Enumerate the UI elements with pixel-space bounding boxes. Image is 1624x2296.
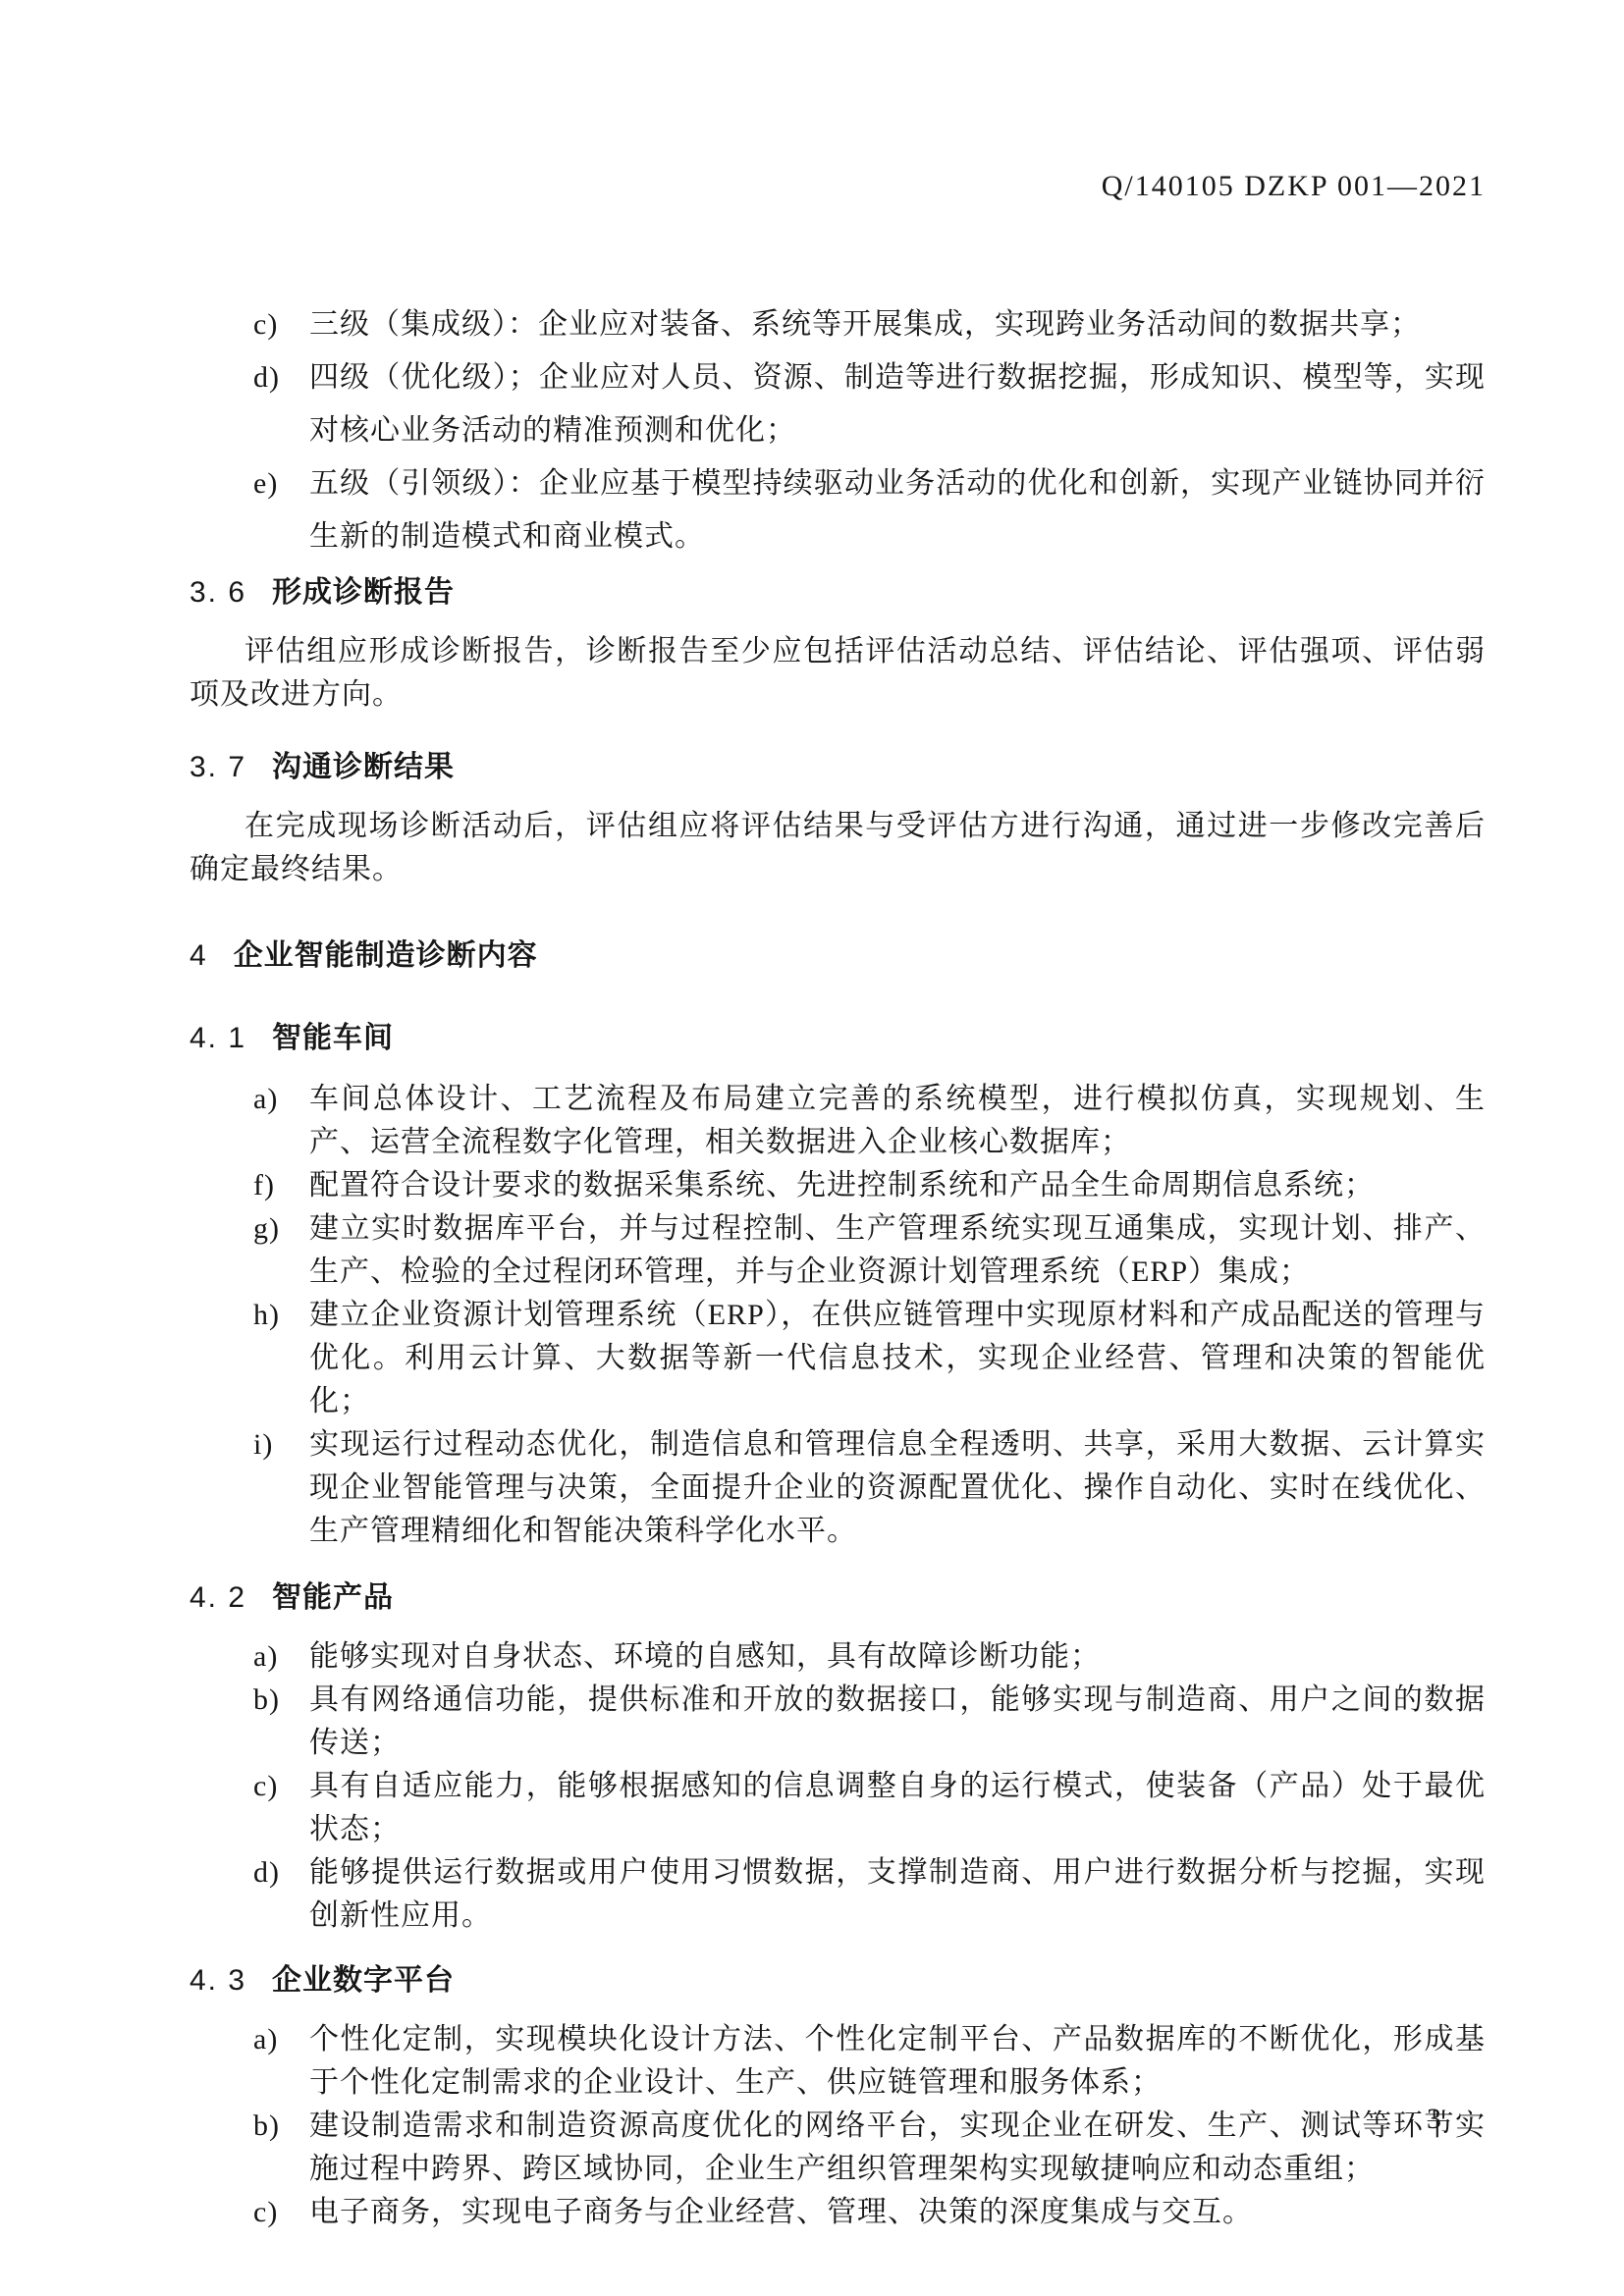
- list-item-text: 实现运行过程动态优化，制造信息和管理信息全程透明、共享，采用大数据、云计算实现企…: [309, 1423, 1486, 1553]
- list-item-marker: a): [253, 1078, 309, 1121]
- list-item-text: 能够提供运行数据或用户使用习惯数据，支撑制造商、用户进行数据分析与挖掘，实现创新…: [309, 1851, 1486, 1938]
- list-item-text: 建立实时数据库平台，并与过程控制、生产管理系统实现互通集成，实现计划、排产、生产…: [309, 1207, 1486, 1294]
- list-item-marker: h): [253, 1294, 309, 1337]
- document-page: Q/140105 DZKP 001—2021 c) 三级（集成级）：企业应对装备…: [0, 0, 1624, 2296]
- page-number: 3: [1427, 2103, 1442, 2136]
- section-number: 3. 6: [189, 576, 246, 609]
- list-item-marker: a): [253, 1635, 309, 1679]
- list-item-marker: d): [253, 351, 309, 404]
- list-item: a) 车间总体设计、工艺流程及布局建立完善的系统模型，进行模拟仿真，实现规划、生…: [189, 1078, 1486, 1164]
- section-heading-3-7: 3. 7沟通诊断结果: [189, 746, 1486, 789]
- section-number: 4. 1: [189, 1022, 246, 1054]
- list-item-text: 能够实现对自身状态、环境的自感知，具有故障诊断功能；: [309, 1635, 1486, 1679]
- list-item: c) 电子商务，实现电子商务与企业经营、管理、决策的深度集成与交互。: [189, 2191, 1486, 2234]
- list-item: c) 三级（集成级）：企业应对装备、系统等开展集成，实现跨业务活动间的数据共享；: [189, 298, 1486, 351]
- list-item: b) 建设制造需求和制造资源高度优化的网络平台，实现企业在研发、生产、测试等环节…: [189, 2105, 1486, 2191]
- section-heading-3-6: 3. 6形成诊断报告: [189, 571, 1486, 614]
- section-heading-4-1: 4. 1智能车间: [189, 1017, 1486, 1060]
- list-item-marker: f): [253, 1164, 309, 1207]
- section-4-3-list: a) 个性化定制，实现模块化设计方法、个性化定制平台、产品数据库的不断优化，形成…: [189, 2018, 1486, 2234]
- list-item: b) 具有网络通信功能，提供标准和开放的数据接口，能够实现与制造商、用户之间的数…: [189, 1679, 1486, 1765]
- list-item-text: 个性化定制，实现模块化设计方法、个性化定制平台、产品数据库的不断优化，形成基于个…: [309, 2018, 1486, 2105]
- list-item-text: 三级（集成级）：企业应对装备、系统等开展集成，实现跨业务活动间的数据共享；: [309, 298, 1486, 351]
- list-item-text: 四级（优化级）；企业应对人员、资源、制造等进行数据挖掘，形成知识、模型等，实现对…: [309, 351, 1486, 457]
- list-item-marker: c): [253, 2191, 309, 2234]
- section-number: 4. 2: [189, 1581, 246, 1614]
- section-title: 智能产品: [272, 1581, 394, 1614]
- section-number: 4: [189, 939, 208, 972]
- list-item: a) 能够实现对自身状态、环境的自感知，具有故障诊断功能；: [189, 1635, 1486, 1679]
- maturity-level-list: c) 三级（集成级）：企业应对装备、系统等开展集成，实现跨业务活动间的数据共享；…: [189, 298, 1486, 563]
- list-item: h) 建立企业资源计划管理系统（ERP），在供应链管理中实现原材料和产成品配送的…: [189, 1294, 1486, 1423]
- list-item-marker: g): [253, 1207, 309, 1251]
- list-item-text: 电子商务，实现电子商务与企业经营、管理、决策的深度集成与交互。: [309, 2191, 1486, 2234]
- list-item: g) 建立实时数据库平台，并与过程控制、生产管理系统实现互通集成，实现计划、排产…: [189, 1207, 1486, 1294]
- list-item-marker: d): [253, 1851, 309, 1895]
- section-title: 智能车间: [272, 1022, 394, 1054]
- section-number: 4. 3: [189, 1964, 246, 1997]
- section-title: 沟通诊断结果: [272, 751, 455, 783]
- list-item-text: 车间总体设计、工艺流程及布局建立完善的系统模型，进行模拟仿真，实现规划、生产、运…: [309, 1078, 1486, 1164]
- section-number: 3. 7: [189, 751, 246, 783]
- list-item-text: 具有网络通信功能，提供标准和开放的数据接口，能够实现与制造商、用户之间的数据传送…: [309, 1679, 1486, 1765]
- list-item-marker: a): [253, 2018, 309, 2061]
- list-item: d) 能够提供运行数据或用户使用习惯数据，支撑制造商、用户进行数据分析与挖掘，实…: [189, 1851, 1486, 1938]
- list-item: a) 个性化定制，实现模块化设计方法、个性化定制平台、产品数据库的不断优化，形成…: [189, 2018, 1486, 2105]
- list-item: d) 四级（优化级）；企业应对人员、资源、制造等进行数据挖掘，形成知识、模型等，…: [189, 351, 1486, 457]
- section-3-7-paragraph: 在完成现场诊断活动后，评估组应将评估结果与受评估方进行沟通，通过进一步修改完善后…: [189, 805, 1486, 891]
- section-4-2-list: a) 能够实现对自身状态、环境的自感知，具有故障诊断功能； b) 具有网络通信功…: [189, 1635, 1486, 1938]
- list-item-marker: i): [253, 1423, 309, 1467]
- section-title: 企业智能制造诊断内容: [234, 939, 538, 972]
- chapter-heading-4: 4企业智能制造诊断内容: [189, 934, 1486, 978]
- list-item: f) 配置符合设计要求的数据采集系统、先进控制系统和产品全生命周期信息系统；: [189, 1164, 1486, 1207]
- list-item: c) 具有自适应能力，能够根据感知的信息调整自身的运行模式，使装备（产品）处于最…: [189, 1765, 1486, 1851]
- section-title: 企业数字平台: [272, 1964, 455, 1997]
- section-4-1-list: a) 车间总体设计、工艺流程及布局建立完善的系统模型，进行模拟仿真，实现规划、生…: [189, 1078, 1486, 1553]
- list-item-marker: c): [253, 1765, 309, 1808]
- section-3-6-paragraph: 评估组应形成诊断报告，诊断报告至少应包括评估活动总结、评估结论、评估强项、评估弱…: [189, 630, 1486, 717]
- section-heading-4-2: 4. 2智能产品: [189, 1576, 1486, 1620]
- list-item-text: 五级（引领级）：企业应基于模型持续驱动业务活动的优化和创新，实现产业链协同并衍生…: [309, 457, 1486, 563]
- section-title: 形成诊断报告: [272, 576, 455, 609]
- list-item-text: 建设制造需求和制造资源高度优化的网络平台，实现企业在研发、生产、测试等环节实施过…: [309, 2105, 1486, 2191]
- list-item-marker: e): [253, 457, 309, 510]
- list-item-marker: b): [253, 1679, 309, 1722]
- section-heading-4-3: 4. 3企业数字平台: [189, 1959, 1486, 2002]
- document-code-header: Q/140105 DZKP 001—2021: [189, 0, 1486, 204]
- list-item-marker: c): [253, 298, 309, 351]
- list-item-text: 具有自适应能力，能够根据感知的信息调整自身的运行模式，使装备（产品）处于最优状态…: [309, 1765, 1486, 1851]
- list-item-text: 建立企业资源计划管理系统（ERP），在供应链管理中实现原材料和产成品配送的管理与…: [309, 1294, 1486, 1423]
- list-item-marker: b): [253, 2105, 309, 2148]
- list-item: e) 五级（引领级）：企业应基于模型持续驱动业务活动的优化和创新，实现产业链协同…: [189, 457, 1486, 563]
- list-item-text: 配置符合设计要求的数据采集系统、先进控制系统和产品全生命周期信息系统；: [309, 1164, 1486, 1207]
- list-item: i) 实现运行过程动态优化，制造信息和管理信息全程透明、共享，采用大数据、云计算…: [189, 1423, 1486, 1553]
